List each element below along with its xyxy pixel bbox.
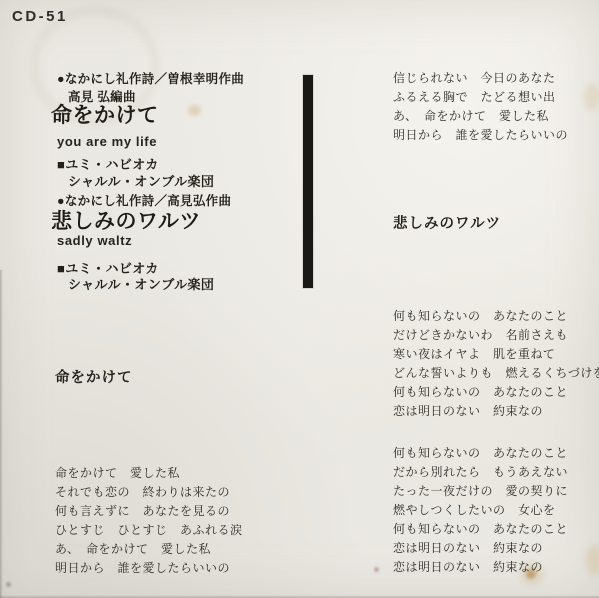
lyric-line: たった一夜だけの 愛の契りに (393, 482, 568, 501)
lyric-line: 何も知らないの あなたのこと (393, 383, 599, 402)
scan-edge-shadow-left (0, 270, 3, 598)
track1-title: 命をかけて (51, 99, 159, 129)
track2-subtitle: sadly waltz (57, 233, 132, 248)
lyric-line: 明日から 誰を愛したらいいの (393, 126, 568, 145)
paper-stain (374, 567, 379, 572)
lyric-line: どんな誓いよりも 燃えるくちづけを (393, 364, 599, 383)
track2-orchestra: シャルル・オンブル楽団 (68, 274, 214, 293)
track1-subtitle: you are my life (57, 134, 157, 149)
lyric-line: 恋は明日のない 約束なの (393, 539, 568, 558)
song2-heading: 悲しみのワルツ (393, 212, 501, 233)
vertical-divider-bar (303, 75, 313, 288)
lyric-line: それでも恋の 終わりは来たの (55, 483, 243, 502)
catalog-number: CD-51 (12, 8, 68, 25)
song1-verse-left-bottom: 命をかけて 愛した私それでも恋の 終わりは来たの何も言えずに あなたを見るのひと… (55, 464, 243, 578)
lyric-line: 信じられない 今日のあなた (393, 69, 568, 88)
lyric-line: ひとすじ ひとすじ あふれる涙 (55, 521, 243, 540)
lyric-line: 恋は明日のない 約束なの (393, 402, 599, 421)
lyric-line: 明日から 誰を愛したらいいの (55, 559, 243, 578)
lyric-line: 何も言えずに あなたを見るの (55, 502, 243, 521)
paper-stain (188, 105, 201, 116)
lyric-line: あ、 命をかけて 愛した私 (55, 540, 243, 559)
lyric-line: 命をかけて 愛した私 (55, 464, 243, 483)
lyric-line: 寒い夜はイヤよ 肌を重ねて (393, 345, 599, 364)
record-sleeve-insert: CD-51 ●なかにし礼作詩／曽根幸明作曲 高見 弘編曲 命をかけて you a… (0, 0, 599, 598)
paper-stain (586, 545, 599, 575)
lyric-line: だけどきかないわ 名前さえも (393, 326, 599, 345)
lyric-line: だから別れたら もうあえない (393, 463, 568, 482)
song1-verse-right-top: 信じられない 今日のあなたふるえる胸で たどる想い出あ、 命をかけて 愛した私明… (393, 69, 568, 145)
song1-heading: 命をかけて (55, 366, 133, 387)
track1-writers: ●なかにし礼作詩／曽根幸明作曲 (57, 69, 244, 87)
lyric-line: 燃やしつくしたいの 女心を (393, 501, 568, 520)
lyric-line: 恋は明日のない 約束なの (393, 558, 568, 577)
lyric-line: あ、 命をかけて 愛した私 (393, 107, 568, 126)
song2-verse-bottom: 何も知らないの あなたのことだから別れたら もうあえないたった一夜だけの 愛の契… (393, 444, 568, 577)
paper-stain (6, 582, 11, 587)
track2-title: 悲しみのワルツ (51, 205, 201, 235)
song2-verse-mid: 何も知らないの あなたのことだけどきかないわ 名前さえも寒い夜はイヤよ 肌を重ね… (393, 307, 599, 421)
lyric-line: 何も知らないの あなたのこと (393, 307, 599, 326)
lyric-line: 何も知らないの あなたのこと (393, 444, 568, 463)
lyric-line: 何も知らないの あなたのこと (393, 520, 568, 539)
lyric-line: ふるえる胸で たどる想い出 (393, 88, 568, 107)
track1-orchestra: シャルル・オンブル楽団 (68, 171, 214, 190)
paper-stain (584, 84, 599, 110)
